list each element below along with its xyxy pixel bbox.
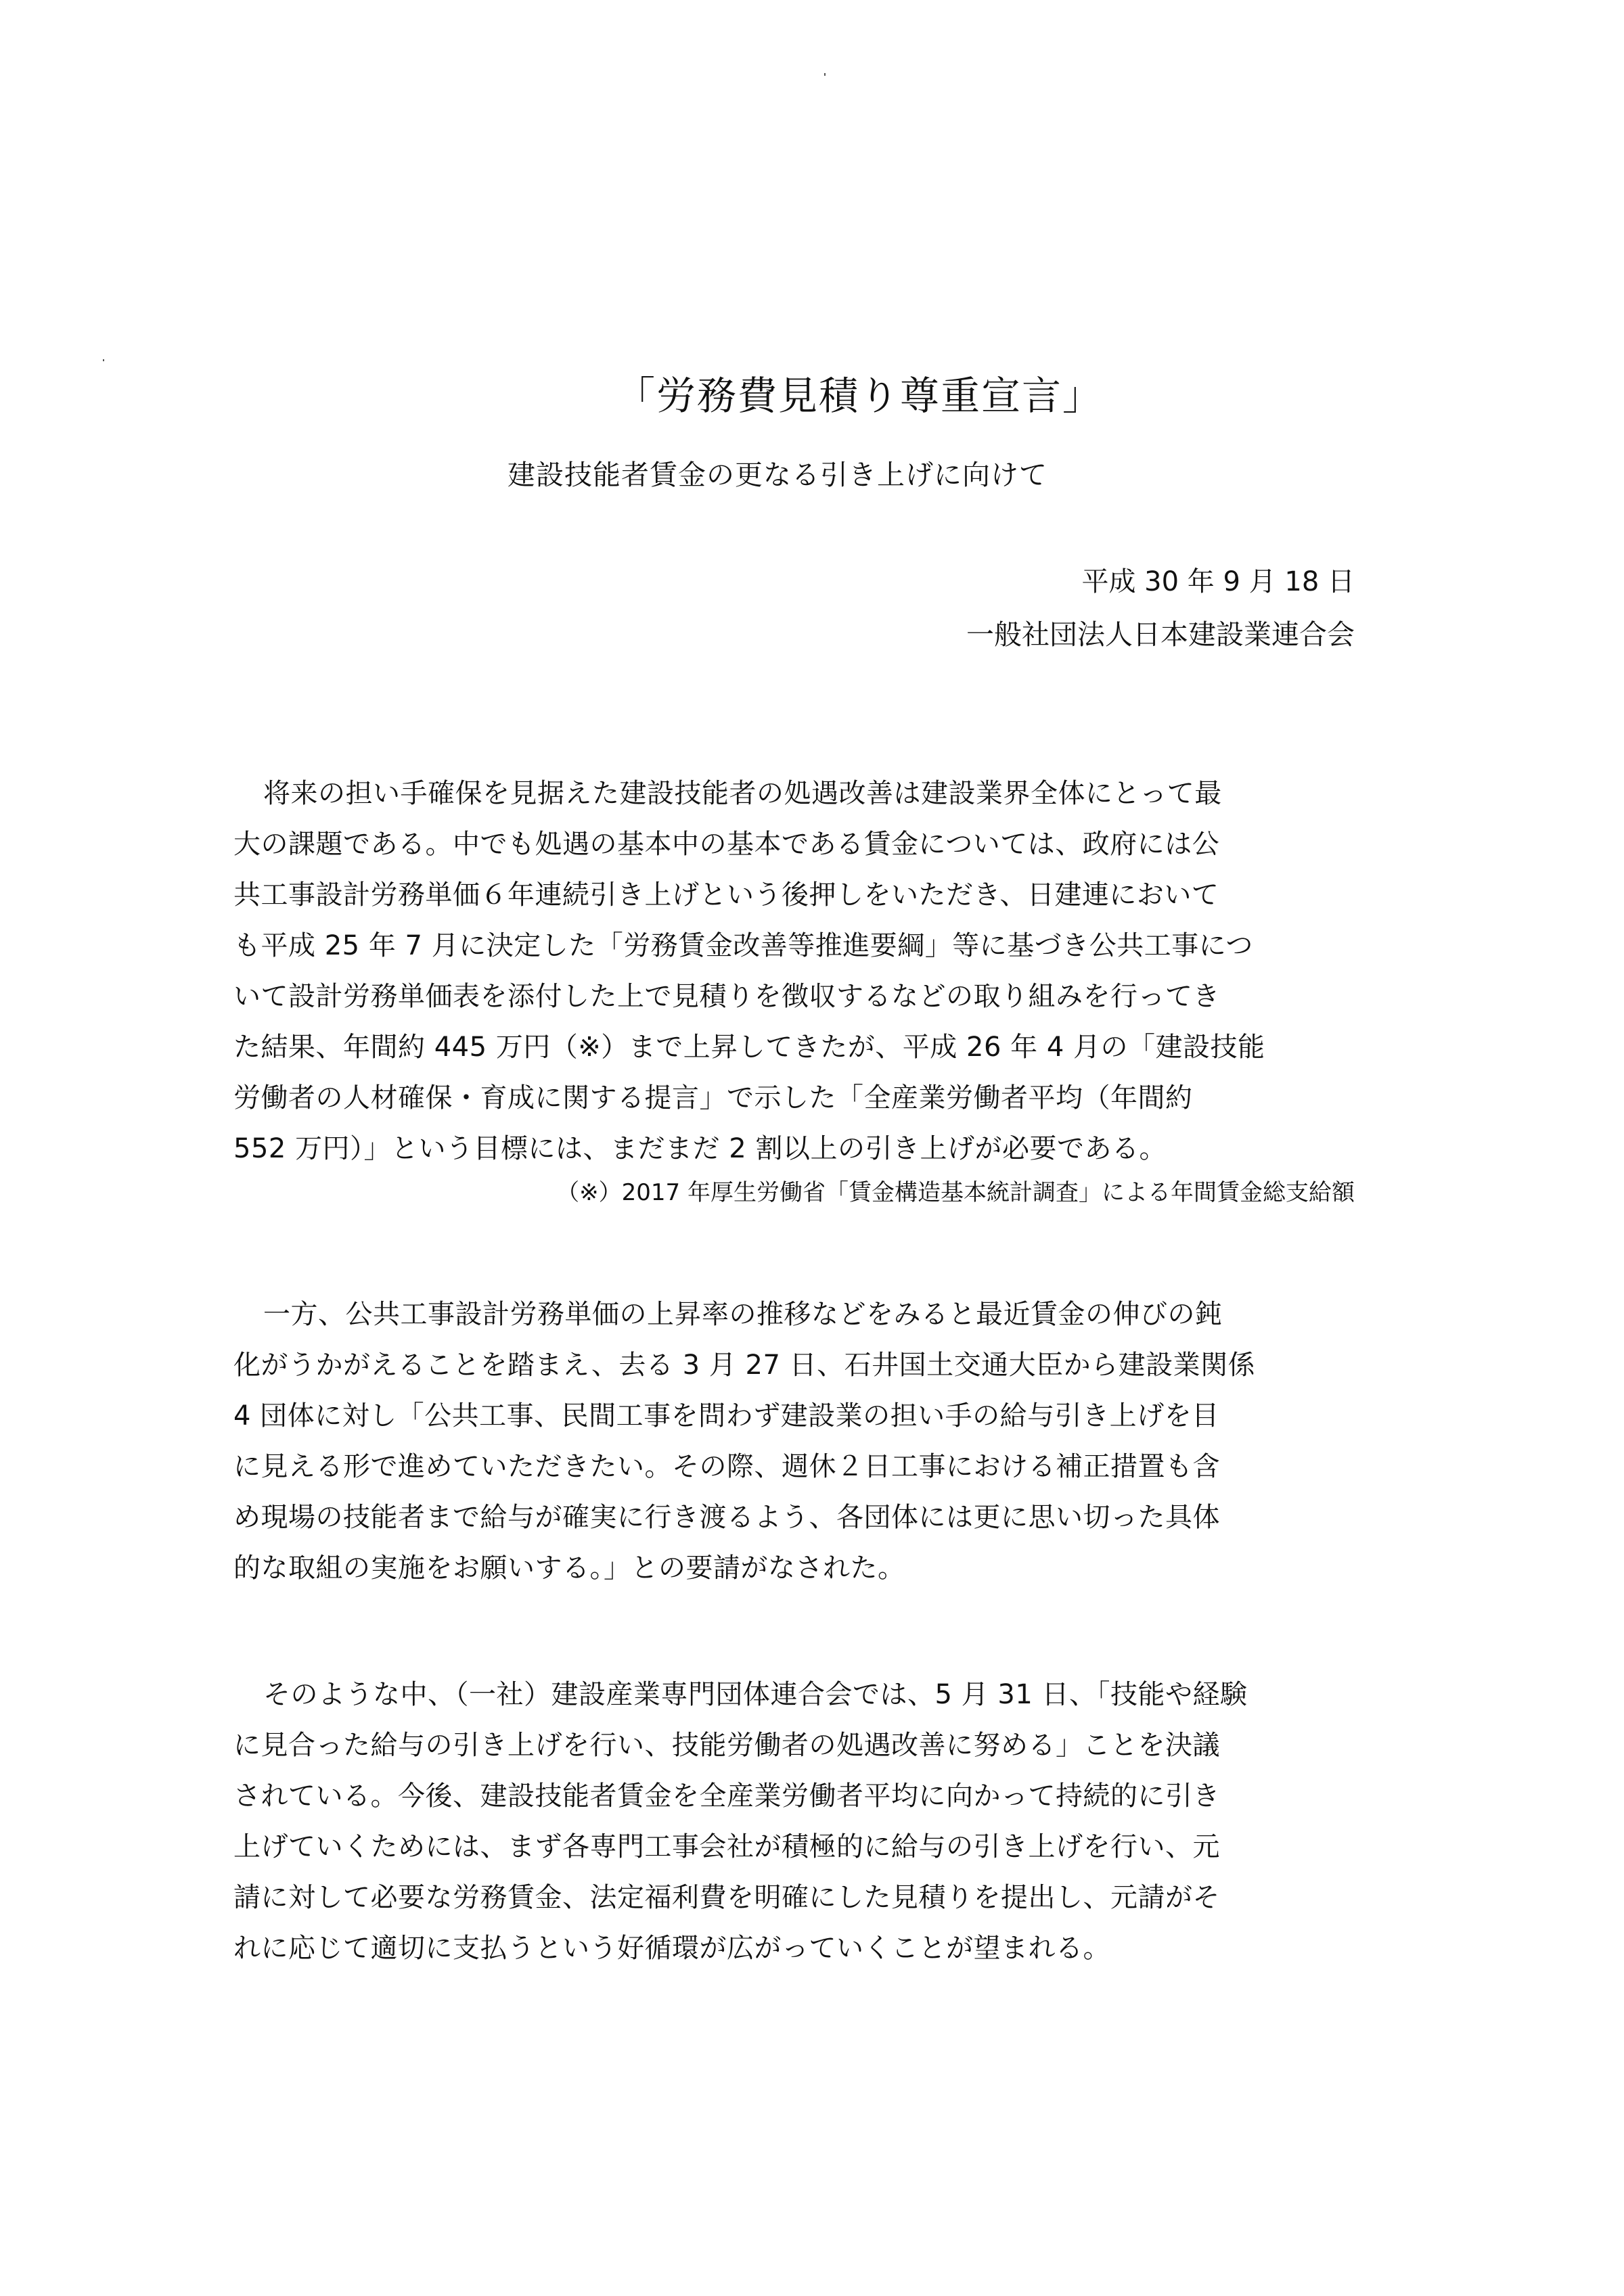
issuing-organization: 一般社団法人日本建設業連合会	[966, 614, 1355, 655]
scan-speck	[824, 73, 826, 76]
paragraph-line: そのような中、（一社）建設産業専門団体連合会では、5 月 31 日、「技能や経験	[233, 1670, 1357, 1720]
paragraph-line: に見合った給与の引き上げを行い、技能労働者の処遇改善に努める」ことを決議	[233, 1720, 1357, 1771]
paragraph-line: も平成 25 年 7 月に決定した「労務賃金改善等推進要綱」等に基づき公共工事に…	[233, 921, 1357, 971]
document-title: 「労務費見積り尊重宣言」	[0, 369, 1624, 423]
paragraph-line: 共工事設計労務単価６年連続引き上げという後押しをいただき、日建連において	[233, 870, 1357, 921]
footnote: （※）2017 年厚生労働省「賃金構造基本統計調査」による年間賃金総支給額	[556, 1176, 1355, 1210]
paragraph-line: 的な取組の実施をお願いする。」との要請がなされた。	[233, 1543, 1357, 1594]
paragraph-3: そのような中、（一社）建設産業専門団体連合会では、5 月 31 日、「技能や経験…	[233, 1670, 1357, 1974]
paragraph-line: 将来の担い手確保を見据えた建設技能者の処遇改善は建設業界全体にとって最	[233, 768, 1357, 819]
paragraph-line: されている。今後、建設技能者賃金を全産業労働者平均に向かって持続的に引き	[233, 1771, 1357, 1822]
paragraph-line: 上げていくためには、まず各専門工事会社が積極的に給与の引き上げを行い、元	[233, 1822, 1357, 1873]
paragraph-line: 請に対して必要な労務賃金、法定福利費を明確にした見積りを提出し、元請がそ	[233, 1873, 1357, 1923]
paragraph-line: に見える形で進めていただきたい。その際、週休２日工事における補正措置も含	[233, 1442, 1357, 1492]
paragraph-line: 化がうかがえることを踏まえ、去る 3 月 27 日、石井国土交通大臣から建設業関…	[233, 1340, 1357, 1391]
paragraph-line: た結果、年間約 445 万円（※）まで上昇してきたが、平成 26 年 4 月の「…	[233, 1022, 1357, 1073]
paragraph-line: 552 万円）」という目標には、まだまだ 2 割以上の引き上げが必要である。	[233, 1124, 1357, 1174]
paragraph-line: 大の課題である。中でも処遇の基本中の基本である賃金については、政府には公	[233, 819, 1357, 870]
paragraph-line: 4 団体に対し「公共工事、民間工事を問わず建設業の担い手の給与引き上げを目	[233, 1391, 1357, 1442]
document-subtitle: 建設技能者賃金の更なる引き上げに向けて	[507, 455, 1047, 495]
paragraph-line: め現場の技能者まで給与が確実に行き渡るよう、各団体には更に思い切った具体	[233, 1492, 1357, 1543]
document-page: 「労務費見積り尊重宣言」 建設技能者賃金の更なる引き上げに向けて 平成 30 年…	[0, 0, 1624, 2296]
document-date: 平成 30 年 9 月 18 日	[1081, 561, 1355, 602]
paragraph-line: れに応じて適切に支払うという好循環が広がっていくことが望まれる。	[233, 1923, 1357, 1974]
paragraph-line: 労働者の人材確保・育成に関する提言」で示した「全産業労働者平均（年間約	[233, 1073, 1357, 1124]
paragraph-1: 将来の担い手確保を見据えた建設技能者の処遇改善は建設業界全体にとって最 大の課題…	[233, 768, 1357, 1174]
paragraph-line: いて設計労務単価表を添付した上で見積りを徴収するなどの取り組みを行ってき	[233, 971, 1357, 1022]
paragraph-line: 一方、公共工事設計労務単価の上昇率の推移などをみると最近賃金の伸びの鈍	[233, 1289, 1357, 1340]
paragraph-2: 一方、公共工事設計労務単価の上昇率の推移などをみると最近賃金の伸びの鈍 化がうか…	[233, 1289, 1357, 1594]
scan-speck	[103, 359, 104, 361]
